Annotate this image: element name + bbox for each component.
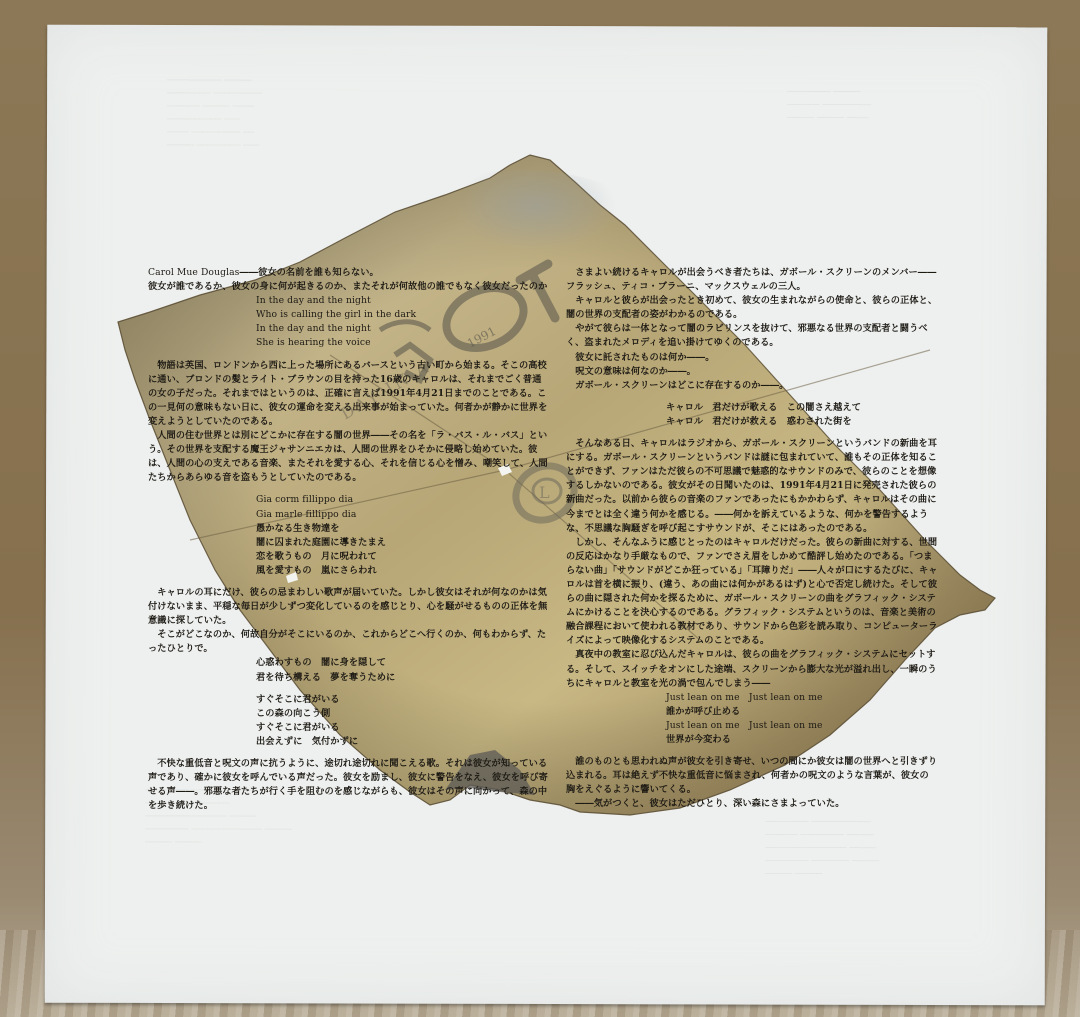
lyrics-block-4: すぐそこに君がいる この森の向こう側 すぐそこに君がいる 出会えずに 気付かずに — [148, 693, 548, 749]
lyric-line: 闇に囚まれた庭園に導きたまえ — [148, 536, 548, 550]
lyric-line: Gia corm fillippo dia — [148, 493, 548, 507]
lyrics-block-2: Gia corm fillippo dia Gia marle fillippo… — [148, 493, 548, 578]
story-paragraph: 真夜中の教室に忍び込んだキャロルは、彼らの曲をグラフィック・システムにセットする… — [566, 648, 938, 690]
lyric-line: 風を愛すもの 嵐にさらわれ — [148, 564, 548, 578]
story-paragraph: そこがどこなのか、何故自分がそこにいるのか、これからどこへ行くのか、何もわからず… — [148, 628, 548, 656]
lyrics-block-carol: キャロル 君だけが歌える この闇さえ越えて キャロル 君だけが救える 惑わされた… — [566, 401, 938, 429]
question-line: ガボール・スクリーンはどこに存在するのか――。 — [566, 379, 938, 393]
lyric-line: Who is calling the girl in the dark — [148, 308, 548, 322]
story-paragraph: そんなある日、キャロルはラジオから、ガボール・スクリーンというバンドの新曲を耳に… — [566, 437, 938, 536]
story-paragraph: 不快な重低音と呪文の声に抗うように、途切れ途切れに聞こえる歌。それは彼女が知って… — [148, 757, 548, 813]
lyric-line: In the day and the night — [148, 322, 548, 336]
lyric-line: 心惑わすもの 闇に身を隠して — [148, 656, 548, 670]
lyric-line: Gia marle fillippo dia — [148, 508, 548, 522]
intro-line-2: 彼女が誰であるか、彼女の身に何が起きるのか、またそれが何故他の誰でもなく彼女だっ… — [148, 280, 548, 294]
lyric-line: キャロル 君だけが救える 惑わされた街を — [566, 415, 938, 429]
lyric-line: In the day and the night — [148, 294, 548, 308]
story-paragraph: キャロルと彼らが出会ったとき初めて、彼女の生まれながらの使命と、彼らの正体と、闇… — [566, 294, 938, 322]
lyrics-block-3: 心惑わすもの 闇に身を隠して 君を待ち構える 夢を奪うために — [148, 656, 548, 684]
lyric-line: この森の向こう側 — [148, 707, 548, 721]
character-name: Carol Mue Douglas — [148, 267, 240, 278]
lyric-line: 出会えずに 気付かずに — [148, 735, 548, 749]
story-paragraph: ――気がつくと、彼女はただひとり、深い森にさまよっていた。 — [566, 797, 938, 811]
story-paragraph: 物語は英国、ロンドンから西に上った場所にあるバースという古い町から始まる。そこの… — [148, 359, 548, 429]
question-line: 彼女に託されたものは何か――。 — [566, 351, 938, 365]
story-paragraph: やがて彼らは一体となって闇のラビリンスを抜けて、邪悪なる世界の支配者と闘うべく、… — [566, 322, 938, 350]
lyric-line: キャロル 君だけが歌える この闇さえ越えて — [566, 401, 938, 415]
story-paragraph: キャロルの耳にだけ、彼らの忌まわしい歌声が届いていた。しかし彼女はそれが何なのか… — [148, 586, 548, 628]
intro-line-1: Carol Mue Douglas――彼女の名前を誰も知らない。 — [148, 266, 548, 280]
story-paragraph: しかし、そんなふうに感じとったのはキャロルだけだった。彼らの新曲に対する、世間の… — [566, 536, 938, 649]
lyric-line: すぐそこに君がいる — [148, 693, 548, 707]
lyric-line: Just lean on me Just lean on me — [566, 691, 938, 705]
story-paragraph: 人間の住む世界とは別にどこかに存在する闇の世界――その名を「ラ・バス・ル・バス」… — [148, 429, 548, 485]
lyrics-block-1: In the day and the night Who is calling … — [148, 294, 548, 350]
lyric-line: Just lean on me Just lean on me — [566, 719, 938, 733]
lyric-line: 誰かが呼び止める — [566, 705, 938, 719]
lyric-line: すぐそこに君がいる — [148, 721, 548, 735]
lyric-line: 愚かなる生き物達を — [148, 522, 548, 536]
left-text-column: Carol Mue Douglas――彼女の名前を誰も知らない。 彼女が誰である… — [148, 266, 548, 813]
lyric-line: 君を待ち構える 夢を奪うために — [148, 671, 548, 685]
lyric-line: 恋を歌うもの 月に呪われて — [148, 550, 548, 564]
lyric-line: 世界が今変わる — [566, 733, 938, 747]
story-paragraph: さまよい続けるキャロルが出会うべき者たちは、ガボール・スクリーンのメンバー――フ… — [566, 266, 938, 294]
lyric-line: She is hearing the voice — [148, 336, 548, 350]
right-text-column: さまよい続けるキャロルが出会うべき者たちは、ガボール・スクリーンのメンバー――フ… — [566, 266, 938, 811]
lyrics-block-lean-on-me: Just lean on me Just lean on me 誰かが呼び止める… — [566, 691, 938, 747]
questions-block: 彼女に託されたものは何か――。 呪文の意味は何なのか――。 ガボール・スクリーン… — [566, 351, 938, 393]
question-line: 呪文の意味は何なのか――。 — [566, 365, 938, 379]
story-paragraph: 誰のものとも思われぬ声が彼女を引き寄せ、いつの間にか彼女は闇の世界へと引きずり込… — [566, 755, 938, 797]
